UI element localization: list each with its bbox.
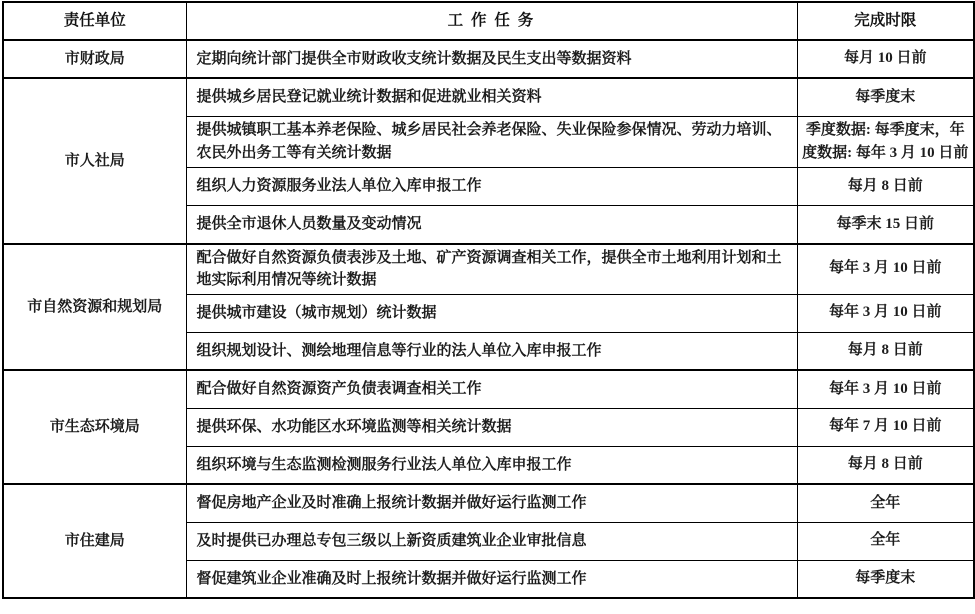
task-cell: 提供全市退休人员数量及变动情况 (186, 206, 797, 244)
deadline-cell: 季度数据: 每季度末，年度数据: 每年 3 月 10 日前 (797, 116, 974, 168)
header-responsible-unit: 责任单位 (3, 2, 186, 40)
unit-cell: 市人社局 (3, 78, 186, 244)
deadline-cell: 全年 (797, 522, 974, 560)
document-page: 责任单位 工 作 任 务 完成时限 市财政局定期向统计部门提供全市财政收支统计数… (2, 1, 973, 599)
unit-cell: 市生态环境局 (3, 370, 186, 484)
unit-cell: 市自然资源和规划局 (3, 244, 186, 371)
deadline-cell: 全年 (797, 484, 974, 522)
deadline-cell: 每月 8 日前 (797, 168, 974, 206)
table-row: 市住建局督促房地产企业及时准确上报统计数据并做好运行监测工作全年 (3, 484, 974, 522)
deadline-cell: 每年 7 月 10 日前 (797, 408, 974, 446)
task-cell: 定期向统计部门提供全市财政收支统计数据及民生支出等数据资料 (186, 40, 797, 78)
task-cell: 提供环保、水功能区水环境监测等相关统计数据 (186, 408, 797, 446)
header-completion-deadline: 完成时限 (797, 2, 974, 40)
task-cell: 提供城市建设（城市规划）统计数据 (186, 294, 797, 332)
deadline-cell: 每月 8 日前 (797, 446, 974, 484)
task-cell: 组织人力资源服务业法人单位入库申报工作 (186, 168, 797, 206)
responsibility-table: 责任单位 工 作 任 务 完成时限 市财政局定期向统计部门提供全市财政收支统计数… (2, 1, 975, 599)
task-cell: 督促建筑业企业准确及时上报统计数据并做好运行监测工作 (186, 560, 797, 598)
task-cell: 督促房地产企业及时准确上报统计数据并做好运行监测工作 (186, 484, 797, 522)
deadline-cell: 每季末 15 日前 (797, 206, 974, 244)
unit-cell: 市住建局 (3, 484, 186, 598)
deadline-cell: 每年 3 月 10 日前 (797, 294, 974, 332)
table-row: 市自然资源和规划局配合做好自然资源负债表涉及土地、矿产资源调查相关工作，提供全市… (3, 244, 974, 295)
table-row: 市生态环境局配合做好自然资源资产负债表调查相关工作每年 3 月 10 日前 (3, 370, 974, 408)
deadline-cell: 每季度末 (797, 78, 974, 116)
deadline-cell: 每年 3 月 10 日前 (797, 370, 974, 408)
table-row: 市财政局定期向统计部门提供全市财政收支统计数据及民生支出等数据资料每月 10 日… (3, 40, 974, 78)
task-cell: 组织环境与生态监测检测服务行业法人单位入库申报工作 (186, 446, 797, 484)
task-cell: 提供城乡居民登记就业统计数据和促进就业相关资料 (186, 78, 797, 116)
deadline-cell: 每月 8 日前 (797, 332, 974, 370)
table-row: 市人社局提供城乡居民登记就业统计数据和促进就业相关资料每季度末 (3, 78, 974, 116)
table-header-row: 责任单位 工 作 任 务 完成时限 (3, 2, 974, 40)
deadline-cell: 每季度末 (797, 560, 974, 598)
task-cell: 及时提供已办理总专包三级以上新资质建筑业企业审批信息 (186, 522, 797, 560)
table-body: 市财政局定期向统计部门提供全市财政收支统计数据及民生支出等数据资料每月 10 日… (3, 40, 974, 598)
table-header: 责任单位 工 作 任 务 完成时限 (3, 2, 974, 40)
header-work-task: 工 作 任 务 (186, 2, 797, 40)
task-cell: 配合做好自然资源负债表涉及土地、矿产资源调查相关工作，提供全市土地利用计划和土地… (186, 244, 797, 295)
unit-cell: 市财政局 (3, 40, 186, 78)
task-cell: 提供城镇职工基本养老保险、城乡居民社会养老保险、失业保险参保情况、劳动力培训、农… (186, 116, 797, 168)
deadline-cell: 每月 10 日前 (797, 40, 974, 78)
deadline-cell: 每年 3 月 10 日前 (797, 244, 974, 295)
task-cell: 配合做好自然资源资产负债表调查相关工作 (186, 370, 797, 408)
task-cell: 组织规划设计、测绘地理信息等行业的法人单位入库申报工作 (186, 332, 797, 370)
